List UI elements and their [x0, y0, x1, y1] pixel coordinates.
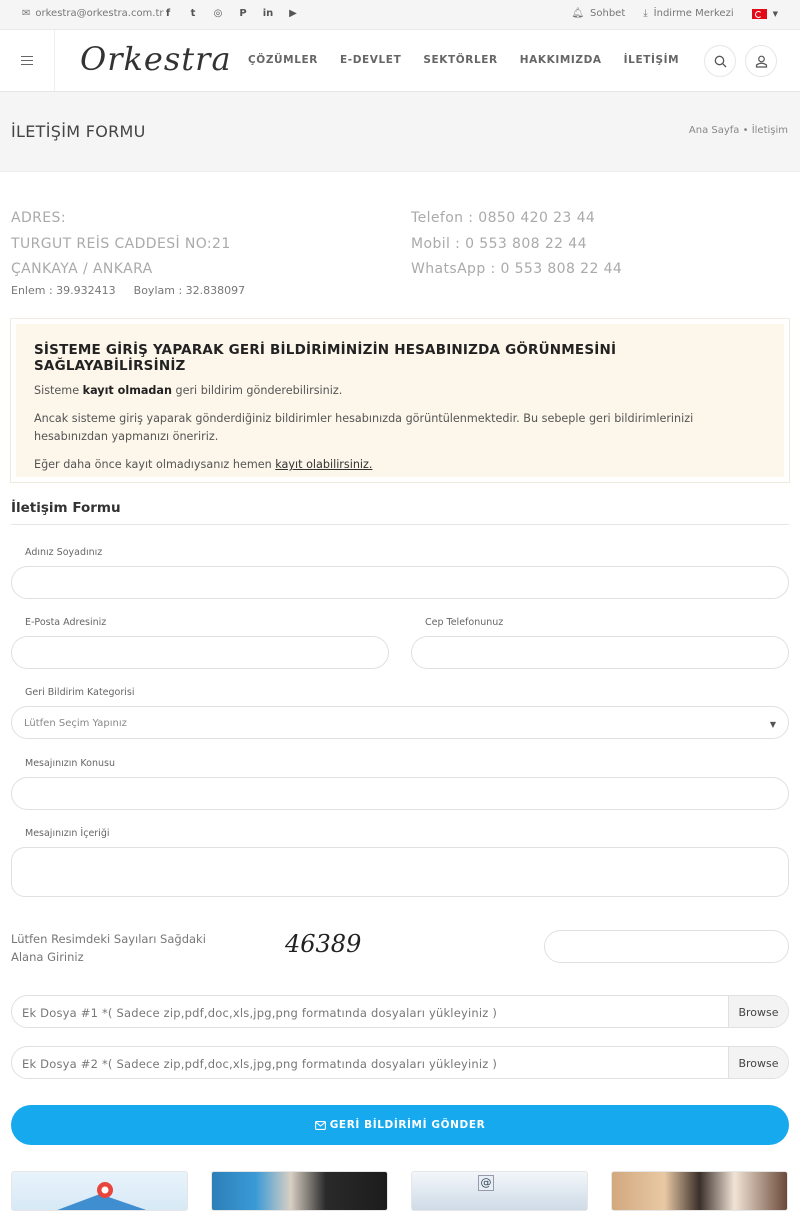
submit-label: GERİ BİLDİRİMİ GÖNDER [330, 1119, 486, 1131]
email-card[interactable]: @ [411, 1171, 588, 1200]
user-button[interactable] [745, 45, 777, 77]
map-card[interactable] [11, 1171, 188, 1200]
notice-paragraph-1: Sisteme kayıt olmadan geri bildirim gönd… [34, 382, 766, 400]
notice-paragraph-3: Eğer daha önce kayıt olmadıysanız hemen … [34, 456, 766, 474]
category-select[interactable]: Lütfen Seçim Yapınız ▼ [11, 706, 789, 739]
address-label: ADRES: [11, 206, 231, 232]
logo[interactable]: Orkestra [80, 40, 232, 78]
support-card[interactable] [611, 1171, 788, 1200]
chat-label: Sohbet [590, 8, 625, 19]
bell-icon: 🔔︎ [571, 8, 584, 19]
email-text: orkestra@orkestra.com.tr [35, 8, 163, 19]
linkedin-icon[interactable]: in [262, 8, 274, 19]
submit-button[interactable]: GERİ BİLDİRİMİ GÖNDER [11, 1105, 789, 1145]
twitter-icon[interactable]: t [187, 8, 199, 19]
at-icon: @ [478, 1175, 494, 1191]
name-label: Adınız Soyadınız [25, 547, 102, 558]
envelope-icon [315, 1121, 326, 1130]
captcha-input[interactable] [544, 930, 789, 963]
browse-button-1[interactable]: Browse [728, 996, 788, 1028]
message-textarea[interactable] [11, 847, 789, 897]
notice-bold: kayıt olmadan [83, 384, 172, 397]
search-icon [714, 55, 727, 68]
address-line-2: ÇANKAYA / ANKARA [11, 257, 231, 283]
download-center-link[interactable]: ⤓ İndirme Merkezi [643, 8, 733, 19]
chat-link[interactable]: 🔔︎ Sohbet [571, 8, 625, 19]
file-1-placeholder: Ek Dosya #1 *( Sadece zip,pdf,doc,xls,jp… [22, 1006, 497, 1020]
file-upload-2[interactable]: Ek Dosya #2 *( Sadece zip,pdf,doc,xls,jp… [11, 1046, 789, 1079]
nav-sektorler[interactable]: SEKTÖRLER [423, 54, 497, 66]
nav-e-devlet[interactable]: E-DEVLET [340, 54, 401, 66]
mobile-number[interactable]: Mobil : 0 553 808 22 44 [411, 232, 622, 258]
form-title: İletişim Formu [11, 500, 121, 516]
email-label: E-Posta Adresiniz [25, 617, 106, 628]
chevron-down-icon: ▼ [770, 720, 776, 729]
instagram-icon[interactable]: ◎ [212, 8, 224, 19]
login-notice: SİSTEME GİRİŞ YAPARAK GERİ BİLDİRİMİNİZİ… [10, 318, 790, 483]
user-icon [755, 55, 768, 68]
menu-button[interactable] [0, 30, 55, 91]
phone-number[interactable]: Telefon : 0850 420 23 44 [411, 206, 622, 232]
download-icon: ⤓ [643, 8, 647, 19]
email-input[interactable] [11, 636, 389, 669]
nav-hakkimizda[interactable]: HAKKIMIZDA [520, 54, 602, 66]
facebook-icon[interactable]: f [162, 8, 174, 19]
main-nav: ÇÖZÜMLER E-DEVLET SEKTÖRLER HAKKIMIZDA İ… [248, 54, 679, 66]
category-label: Geri Bildirim Kategorisi [25, 687, 135, 698]
turkey-flag-icon [752, 9, 767, 19]
address-block: ADRES: TURGUT REİS CADDESİ NO:21 ÇANKAYA… [11, 206, 231, 283]
page-header: İLETİŞİM FORMU Ana Sayfa • İletişim [0, 92, 800, 172]
email-link[interactable]: ✉ orkestra@orkestra.com.tr [22, 8, 164, 19]
name-input[interactable] [11, 566, 789, 599]
hamburger-icon [21, 60, 33, 62]
phone-label: Cep Telefonunuz [425, 617, 503, 628]
social-links: f t ◎ P in ▶ [162, 8, 299, 19]
divider [11, 524, 789, 525]
notice-title: SİSTEME GİRİŞ YAPARAK GERİ BİLDİRİMİNİZİ… [34, 342, 766, 374]
latitude: Enlem : 39.932413 [11, 284, 116, 297]
category-selected: Lütfen Seçim Yapınız [24, 718, 127, 729]
file-upload-1[interactable]: Ek Dosya #1 *( Sadece zip,pdf,doc,xls,jp… [11, 995, 789, 1028]
address-line-1: TURGUT REİS CADDESİ NO:21 [11, 232, 231, 258]
phone-block: Telefon : 0850 420 23 44 Mobil : 0 553 8… [411, 206, 622, 283]
youtube-icon[interactable]: ▶ [287, 8, 299, 19]
download-label: İndirme Merkezi [654, 8, 734, 19]
breadcrumb[interactable]: Ana Sayfa • İletişim [689, 125, 788, 136]
pinterest-icon[interactable]: P [237, 8, 249, 19]
nav-cozumler[interactable]: ÇÖZÜMLER [248, 54, 318, 66]
file-2-placeholder: Ek Dosya #2 *( Sadece zip,pdf,doc,xls,jp… [22, 1057, 497, 1071]
envelope-icon: ✉ [22, 8, 30, 19]
main-header: Orkestra ÇÖZÜMLER E-DEVLET SEKTÖRLER HAK… [0, 30, 800, 92]
caret-down-icon: ▼ [773, 10, 778, 18]
nav-iletisim[interactable]: İLETİŞİM [624, 54, 680, 66]
captcha-image: 46389 [285, 930, 361, 958]
captcha-label: Lütfen Resimdeki Sayıları Sağdaki Alana … [11, 930, 241, 966]
map-pin-icon [12, 1172, 188, 1200]
notice-paragraph-2: Ancak sisteme giriş yaparak gönderdiğini… [34, 410, 766, 446]
top-bar: ✉ orkestra@orkestra.com.tr f t ◎ P in ▶ … [0, 0, 800, 30]
subject-input[interactable] [11, 777, 789, 810]
message-label: Mesajınızın İçeriği [25, 828, 110, 839]
search-button[interactable] [704, 45, 736, 77]
language-selector[interactable]: ▼ [752, 9, 778, 19]
subject-label: Mesajınızın Konusu [25, 758, 115, 769]
office-card[interactable] [211, 1171, 388, 1200]
coordinates: Enlem : 39.932413Boylam : 32.838097 [11, 284, 245, 297]
whatsapp-number[interactable]: WhatsApp : 0 553 808 22 44 [411, 257, 622, 283]
longitude: Boylam : 32.838097 [134, 284, 245, 297]
page-title: İLETİŞİM FORMU [11, 122, 146, 141]
phone-input[interactable] [411, 636, 789, 669]
register-link[interactable]: kayıt olabilirsiniz. [275, 458, 372, 471]
browse-button-2[interactable]: Browse [728, 1047, 788, 1079]
